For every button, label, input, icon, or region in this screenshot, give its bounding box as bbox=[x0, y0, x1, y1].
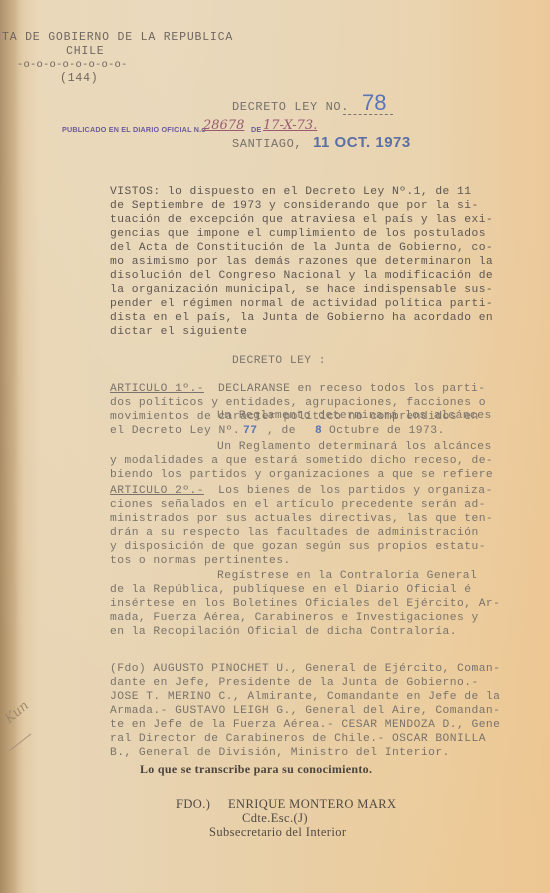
text-line: Octubre de 1973. bbox=[329, 424, 445, 438]
text-line: ciones señalados en el artículo preceden… bbox=[110, 498, 486, 512]
article-title: ARTICULO 2º.- bbox=[110, 484, 204, 498]
text-line: te en Jefe de la Fuerza Aérea.- CESAR ME… bbox=[110, 718, 500, 732]
text-line: mo asimismo por las demás razones que de… bbox=[110, 255, 493, 269]
text-line: Los bienes de los partidos y organiza- bbox=[218, 484, 493, 498]
text-line: de la República, publíquese en el Diario… bbox=[110, 583, 471, 597]
text-line: tos o normas pertinentes. bbox=[110, 554, 291, 568]
text-line: biendo los partidos y organizaciones a q… bbox=[110, 468, 493, 482]
text-line: en la Recopilación Oficial de dicha Cont… bbox=[110, 625, 457, 639]
published-label: PUBLICADO EN EL DIARIO OFICIAL N.o bbox=[62, 125, 206, 134]
text-line: DECLARANSE en receso todos los parti- bbox=[218, 382, 485, 396]
text-line: Un Reglamento determinará los alcánces bbox=[217, 440, 492, 454]
text-line: y modalidades a que estará sometido dich… bbox=[110, 454, 493, 468]
decree-number: 78 bbox=[362, 90, 386, 116]
article-title: ARTICULO 1º.- bbox=[110, 382, 204, 396]
date-stamp: 11 OCT. 1973 bbox=[313, 134, 411, 151]
place: SANTIAGO, bbox=[232, 137, 302, 151]
published-de: DE bbox=[251, 125, 261, 134]
decreto-heading: DECRETO LEY : bbox=[232, 354, 326, 368]
binding-edge bbox=[0, 0, 18, 893]
text-line: (Fdo) AUGUSTO PINOCHET U., General de Ej… bbox=[110, 662, 500, 676]
day-number: 8 bbox=[315, 424, 322, 438]
text-line: dista en el país, la Junta de Gobierno h… bbox=[110, 311, 493, 325]
signer-rank: Cdte.Esc.(J) bbox=[242, 811, 308, 826]
page-number: (144) bbox=[60, 72, 99, 85]
published-number: 28678 bbox=[203, 118, 244, 133]
header-divider: -o-o-o-o-o-o-o-o- bbox=[17, 59, 128, 71]
text-line: insértese en los Boletines Oficiales del… bbox=[110, 597, 500, 611]
signer-name: ENRIQUE MONTERO MARX bbox=[228, 797, 396, 812]
text-line: dante en Jefe, Presidente de la Junta de… bbox=[110, 676, 479, 690]
header-country: CHILE bbox=[66, 45, 105, 58]
text-line: tuación de excepción que atraviesa el pa… bbox=[110, 213, 493, 227]
text-line: el Decreto Ley Nº. bbox=[110, 424, 240, 438]
text-line: mada, Fuerza Aérea, Carabineros e Invest… bbox=[110, 611, 479, 625]
text-line: gencias que impone el cumplimiento de lo… bbox=[110, 227, 486, 241]
published-date: 17-X-73. bbox=[263, 118, 317, 133]
text-line: B., General de División, Ministro del In… bbox=[110, 746, 450, 760]
text-line: drán a su respecto las facultades de adm… bbox=[110, 526, 479, 540]
text-line: dictar el siguiente bbox=[110, 325, 247, 339]
transcribe-note: Lo que se transcribe para su conocimient… bbox=[140, 762, 372, 777]
text-line: ral Director de Carabineros de Chile.- O… bbox=[110, 732, 486, 746]
text-line: pender el régimen normal de actividad po… bbox=[110, 297, 493, 311]
text-line: de Septiembre de 1973 y considerando que… bbox=[110, 199, 479, 213]
text-line: disolución del Congreso Nacional y la mo… bbox=[110, 269, 493, 283]
text-line: del Acta de Constitución de la Junta de … bbox=[110, 241, 493, 255]
signer-title: Subsecretario del Interior bbox=[209, 825, 346, 840]
text-line: Armada.- GUSTAVO LEIGH G., General del A… bbox=[110, 704, 500, 718]
text-line: JOSE T. MERINO C., Almirante, Comandante… bbox=[110, 690, 500, 704]
decree-label: DECRETO LEY NO. bbox=[232, 100, 349, 114]
text-line: ministrados por sus actuales directivas,… bbox=[110, 512, 493, 526]
text-line: VISTOS: lo dispuesto en el Decreto Ley N… bbox=[110, 185, 471, 199]
text-line: , de bbox=[267, 424, 296, 438]
text-line: Regístrese en la Contraloría General bbox=[217, 569, 477, 583]
law-number: 77 bbox=[243, 424, 257, 438]
header-line-1: TA DE GOBIERNO DE LA REPUBLICA bbox=[2, 31, 233, 44]
text-line: Un Reglamento determinará los alcánces bbox=[217, 409, 492, 423]
fdo-label: FDO.) bbox=[176, 797, 210, 812]
text-line: y disposición de que gozan según sus pro… bbox=[110, 540, 486, 554]
text-line: la organización municipal, se hace indis… bbox=[110, 283, 493, 297]
